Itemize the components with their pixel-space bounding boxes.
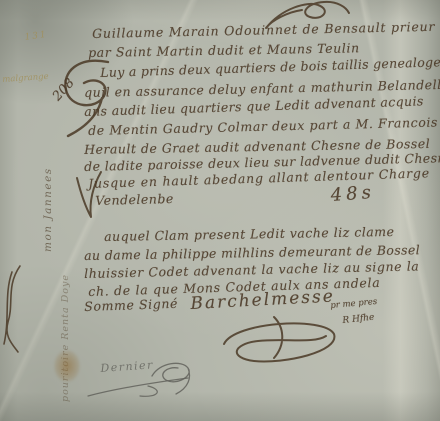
- edge-ink-squiggle: [0, 262, 24, 354]
- manuscript-line: Vendelenbe: [95, 191, 174, 208]
- closing-phrase: Somme Signé: [84, 296, 178, 314]
- ink-stain: [54, 350, 80, 382]
- manuscript-line: de Mentin Gaudry Colmar deux part a M. F…: [88, 114, 438, 138]
- signature-suffix: pr me pres: [330, 297, 378, 311]
- manuscript-line: par Saint Martin dudit et Mauns Teulin: [88, 40, 360, 60]
- manuscript-line: Guillaume Marain Odouinnet de Bensault p…: [92, 19, 435, 41]
- manuscript-page: Guillaume Marain Odouinnet de Bensault p…: [0, 0, 440, 421]
- manuscript-line: auquel Clam present Ledit vache liz clam…: [104, 224, 395, 244]
- amount-notation: 48s: [330, 182, 376, 206]
- signature-paraph: [212, 314, 347, 366]
- folio-number-faint: 131: [24, 30, 48, 43]
- margin-vertical-note-2: pouritoire Renta Doye: [60, 274, 71, 402]
- margin-vertical-note-1: mon Jannees: [42, 167, 54, 252]
- bottom-annotation-underline: [86, 374, 191, 400]
- margin-word-faint: malgrange: [2, 72, 49, 85]
